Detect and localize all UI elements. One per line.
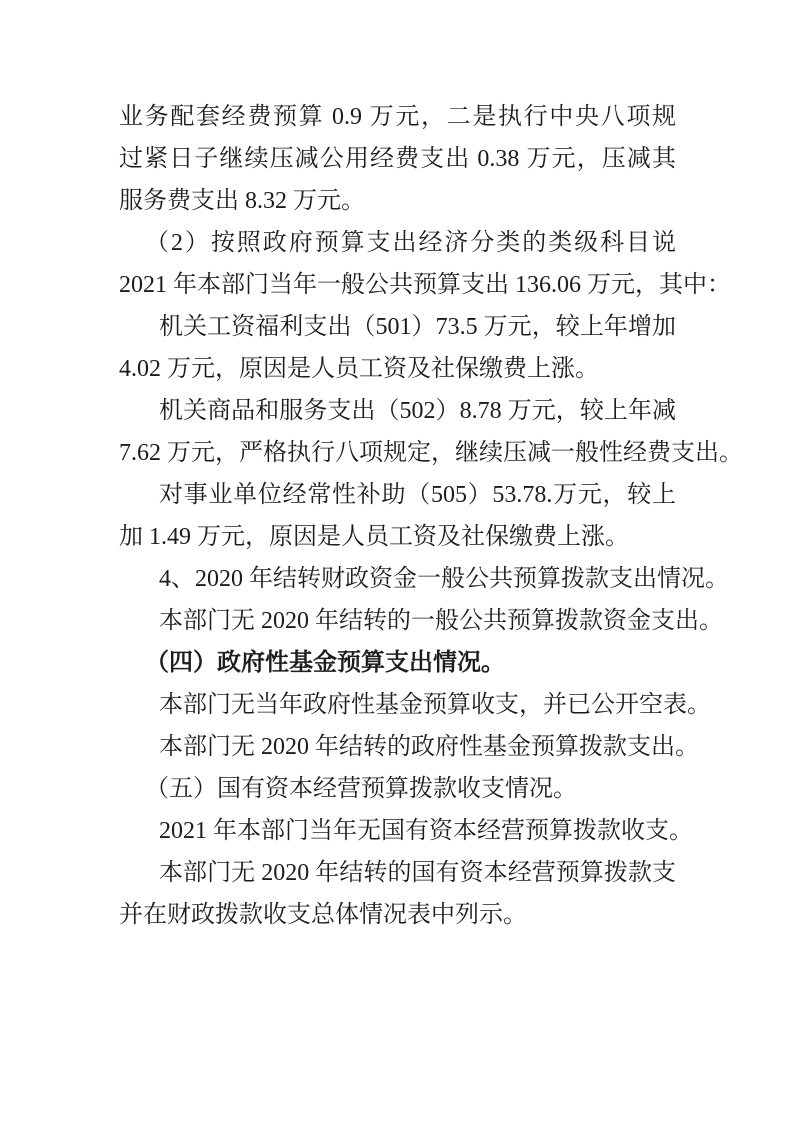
section-heading: （四）政府性基金预算支出情况。 <box>119 642 676 684</box>
text-line: 2021 年本部门当年一般公共预算支出 136.06 万元，其中： <box>119 264 676 306</box>
text-line: 业务配套经费预算 0.9 万元，二是执行中央八项规定，坚持 <box>119 96 676 138</box>
text-line: （2）按照政府预算支出经济分类的类级科目说明。 <box>119 222 676 264</box>
text-line: 对事业单位经常性补助（505）53.78.万元，较上年增 <box>119 474 676 516</box>
text-line: 本部门无当年政府性基金预算收支，并已公开空表。 <box>119 684 676 726</box>
document-body: 业务配套经费预算 0.9 万元，二是执行中央八项规定，坚持 过紧日子继续压减公用… <box>119 96 676 936</box>
text-line: 本部门无 2020 年结转的国有资本经营预算拨款支出， <box>119 852 676 894</box>
text-line: 4.02 万元，原因是人员工资及社保缴费上涨。 <box>119 348 676 390</box>
text-line: 4、2020 年结转财政资金一般公共预算拨款支出情况。 <box>119 558 676 600</box>
text-line: 加 1.49 万元，原因是人员工资及社保缴费上涨。 <box>119 516 676 558</box>
text-line: 2021 年本部门当年无国有资本经营预算拨款收支。 <box>119 810 676 852</box>
document-page: 业务配套经费预算 0.9 万元，二是执行中央八项规定，坚持 过紧日子继续压减公用… <box>0 0 793 1122</box>
text-line: 服务费支出 8.32 万元。 <box>119 180 676 222</box>
section-heading: （五）国有资本经营预算拨款收支情况。 <box>119 768 676 810</box>
text-line: 机关工资福利支出（501）73.5 万元，较上年增加 <box>119 306 676 348</box>
text-line: 过紧日子继续压减公用经费支出 0.38 万元，压减其他商品 <box>119 138 676 180</box>
text-line: 并在财政拨款收支总体情况表中列示。 <box>119 894 676 936</box>
text-line: 7.62 万元，严格执行八项规定，继续压减一般性经费支出。 <box>119 432 676 474</box>
text-line: 机关商品和服务支出（502）8.78 万元，较上年减少 <box>119 390 676 432</box>
text-line: 本部门无 2020 年结转的政府性基金预算拨款支出。 <box>119 726 676 768</box>
text-line: 本部门无 2020 年结转的一般公共预算拨款资金支出。 <box>119 600 676 642</box>
